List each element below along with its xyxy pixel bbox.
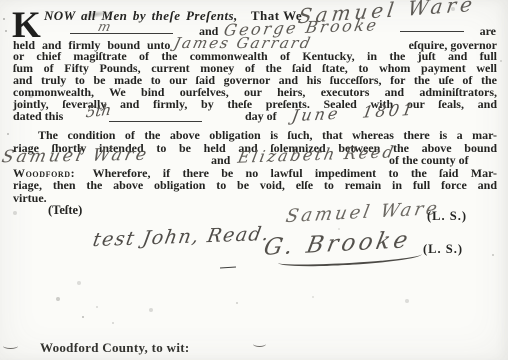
- scan-noise: [0, 0, 2, 2]
- teste-label: (Teſte): [48, 203, 82, 218]
- printed-line: riage, then the above obligation to be v…: [13, 178, 497, 192]
- ink-mark: [253, 341, 266, 347]
- dated-pre-text: dated this: [13, 109, 63, 124]
- ink-mark: [3, 343, 18, 349]
- opening-italic-text: NOW all Men by theſe Preſents,: [44, 8, 238, 23]
- handwritten-day: 5th: [85, 100, 113, 121]
- handwritten-name-james-garrard: James Garrard: [173, 36, 314, 50]
- handwritten-groom-name: Samuel Ware: [0, 145, 151, 168]
- seal-label: (L. S.): [427, 209, 467, 224]
- scanned-document: K NOW all Men by theſe Preſents, That We…: [0, 0, 508, 360]
- witness-signature: test John, Read.: [91, 223, 272, 251]
- blank-underline: [70, 33, 173, 34]
- blank-underline: [109, 121, 202, 122]
- printed-line: The condition of the above obligation is…: [13, 128, 497, 142]
- footer-county-line: Woodford County, to wit:: [40, 340, 190, 356]
- dated-mid-text: day of: [245, 109, 277, 124]
- ink-dash: [220, 266, 236, 268]
- blank-underline: [400, 31, 464, 32]
- seal-label: (L. S.): [423, 242, 463, 257]
